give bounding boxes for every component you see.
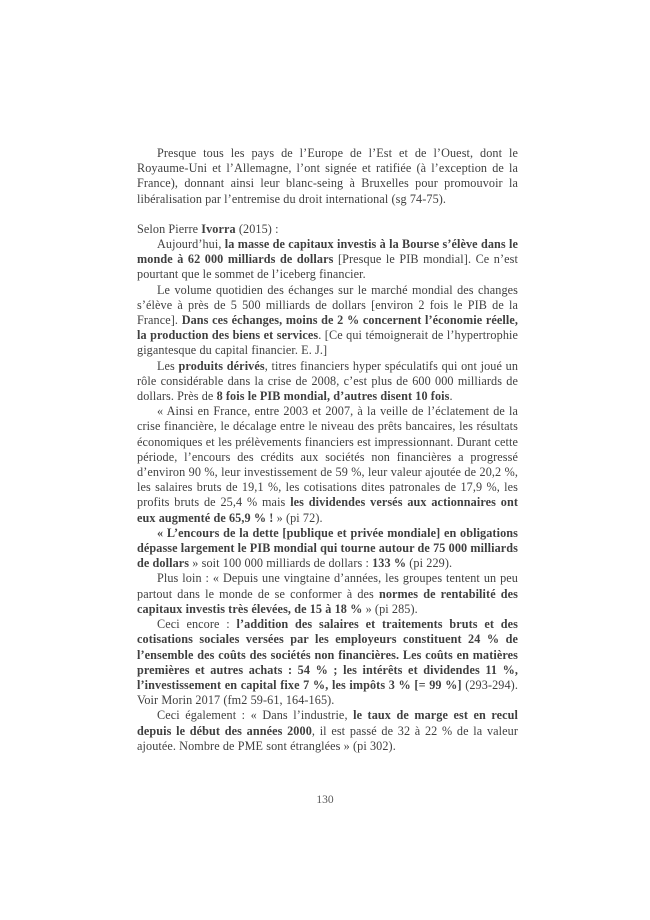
paragraph: « Ainsi en France, entre 2003 et 2007, à… — [137, 404, 518, 526]
text-run: Ceci encore : — [157, 617, 237, 631]
text-run: (pi 229). — [406, 556, 452, 570]
paragraph: « L’encours de la dette [publique et pri… — [137, 526, 518, 572]
paragraph: Presque tous les pays de l’Europe de l’E… — [137, 146, 518, 207]
paragraph: Ceci également : « Dans l’industrie, le … — [137, 708, 518, 754]
text-run: Presque tous les pays de l’Europe de l’E… — [137, 146, 518, 206]
text-run: Ceci également : « Dans l’industrie, — [157, 708, 353, 722]
text-run: » soit 100 000 milliards de dollars : — [189, 556, 372, 570]
body-text: Presque tous les pays de l’Europe de l’E… — [137, 146, 518, 754]
paragraph: Aujourd’hui, la masse de capitaux invest… — [137, 237, 518, 283]
text-run: » (pi 72). — [273, 511, 322, 525]
page-number: 130 — [0, 794, 650, 806]
text-run-bold: Ivorra — [201, 222, 235, 236]
paragraph: Ceci encore : l’addition des salaires et… — [137, 617, 518, 708]
text-run: Aujourd’hui, — [157, 237, 225, 251]
text-run: (2015) : — [236, 222, 279, 236]
text-run: Selon Pierre — [137, 222, 201, 236]
text-run: « Ainsi en France, entre 2003 et 2007, à… — [137, 404, 518, 509]
paragraph: Le volume quotidien des échanges sur le … — [137, 283, 518, 359]
text-run-bold: 133 % — [372, 556, 406, 570]
text-run: Les — [157, 359, 179, 373]
paragraph: Les produits dérivés, titres financiers … — [137, 359, 518, 405]
text-run: » (pi 285). — [362, 602, 417, 616]
paragraph: Selon Pierre Ivorra (2015) : — [137, 222, 518, 237]
text-run: . — [449, 389, 452, 403]
paragraph: Plus loin : « Depuis une vingtaine d’ann… — [137, 571, 518, 617]
text-run-bold: produits dérivés — [179, 359, 265, 373]
document-page: Presque tous les pays de l’Europe de l’E… — [0, 0, 650, 920]
text-run-bold: 8 fois le PIB mondial, d’autres disent 1… — [217, 389, 450, 403]
